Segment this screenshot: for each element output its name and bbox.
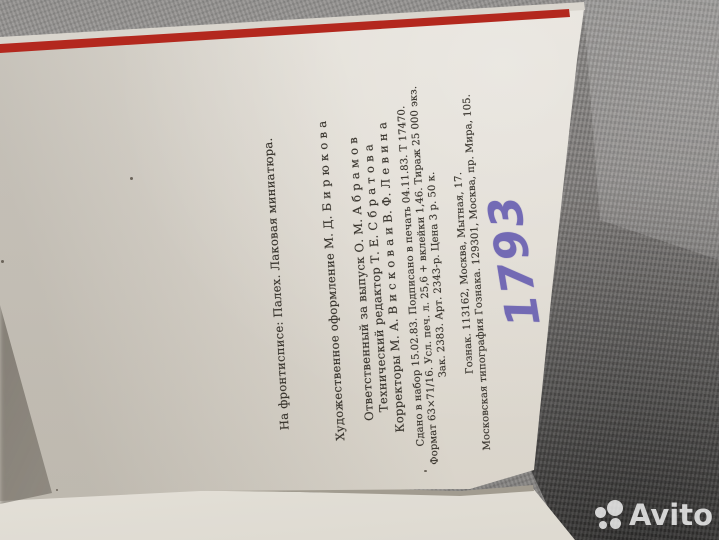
colophon-line: На фронтисписе: Палех. Лаковая миниатюра… xyxy=(258,89,295,479)
dust-speck xyxy=(56,489,58,491)
avito-watermark: Avito xyxy=(595,498,713,532)
photo-frame: На фронтисписе: Палех. Лаковая миниатюра… xyxy=(0,0,719,540)
colophon-text-block: На фронтисписе: Палех. Лаковая миниатюра… xyxy=(224,73,566,481)
colophon-line: Художественное оформление М. Д. Б и р ю … xyxy=(313,86,350,476)
avito-logo-icon xyxy=(595,500,625,530)
dust-speck xyxy=(130,177,133,180)
dust-speck xyxy=(1,260,4,263)
inventory-stamp: 1793 xyxy=(480,208,551,331)
watermark-text: Avito xyxy=(629,498,713,532)
